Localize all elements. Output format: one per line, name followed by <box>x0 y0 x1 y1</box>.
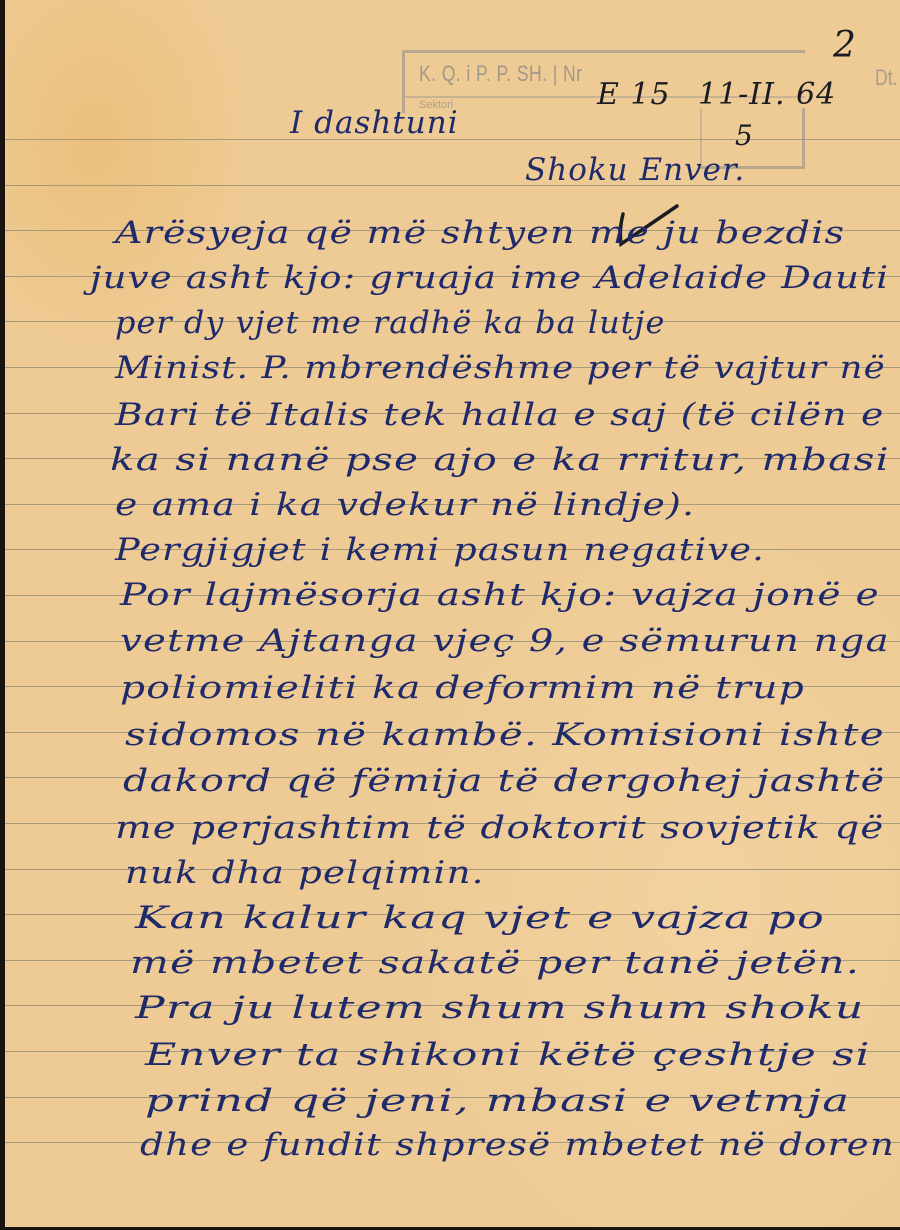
body-line: nuk dha pelqimin. <box>125 858 485 889</box>
stamp-sub-value: 5 <box>735 122 754 150</box>
stamp-date-value: 11-II. 64 <box>698 80 836 110</box>
stamp-number-value: E 15 <box>597 80 671 110</box>
body-line: Arësyeja që më shtyen me ju bezdis <box>115 218 845 249</box>
body-line: per dy vjet me radhë ka ba lutje <box>115 308 665 339</box>
body-line: dakord që fëmija të dergohej jashtë <box>123 766 885 797</box>
body-line: Pergjigjet i kemi pasun negative. <box>115 535 765 566</box>
body-line: me perjashtim të doktorit sovjetik që <box>115 813 884 844</box>
letter-page: 2 K. Q. i P. P. SH. | Nr Dt. Sektori E 1… <box>5 0 900 1227</box>
body-line: sidomos në kambë. Komisioni ishte <box>125 720 885 751</box>
body-line: dhe e fundit shpresë mbetet në doren <box>140 1130 895 1161</box>
body-line: juve asht kjo: gruaja ime Adelaide Dauti <box>90 263 889 294</box>
salutation-line-1: I dashtuni <box>290 108 459 139</box>
body-line: poliomieliti ka deformim në trup <box>120 673 805 704</box>
body-line: vetme Ajtanga vjeç 9, e sëmurun nga <box>120 626 890 657</box>
ruled-line <box>5 185 900 186</box>
stamp-date-label: Dt. <box>875 65 898 91</box>
body-line: Enver ta shikoni këtë çeshtje si <box>145 1040 871 1071</box>
body-line: prind që jeni, mbasi e vetmja <box>145 1086 851 1117</box>
body-line: e ama i ka vdekur në lindje). <box>115 490 695 521</box>
salutation-line-2: Shoku Enver. <box>525 155 745 186</box>
body-line: Pra ju lutem shum shum shoku <box>135 993 865 1024</box>
body-line: ka si nanë pse ajo e ka rritur, mbasi <box>110 445 890 476</box>
body-line: Minist. P. mbrendëshme per të vajtur në <box>115 353 886 384</box>
body-line: Por lajmësorja asht kjo: vajza jonë e <box>120 580 880 611</box>
body-line: më mbetet sakatë per tanë jetën. <box>130 948 860 979</box>
body-line: Bari të Italis tek halla e saj (të cilën… <box>115 400 885 431</box>
stamp-label: K. Q. i P. P. SH. | Nr <box>419 61 582 87</box>
body-line: Kan kalur kaq vjet e vajza po <box>135 903 825 934</box>
page-number: 2 <box>833 28 857 64</box>
